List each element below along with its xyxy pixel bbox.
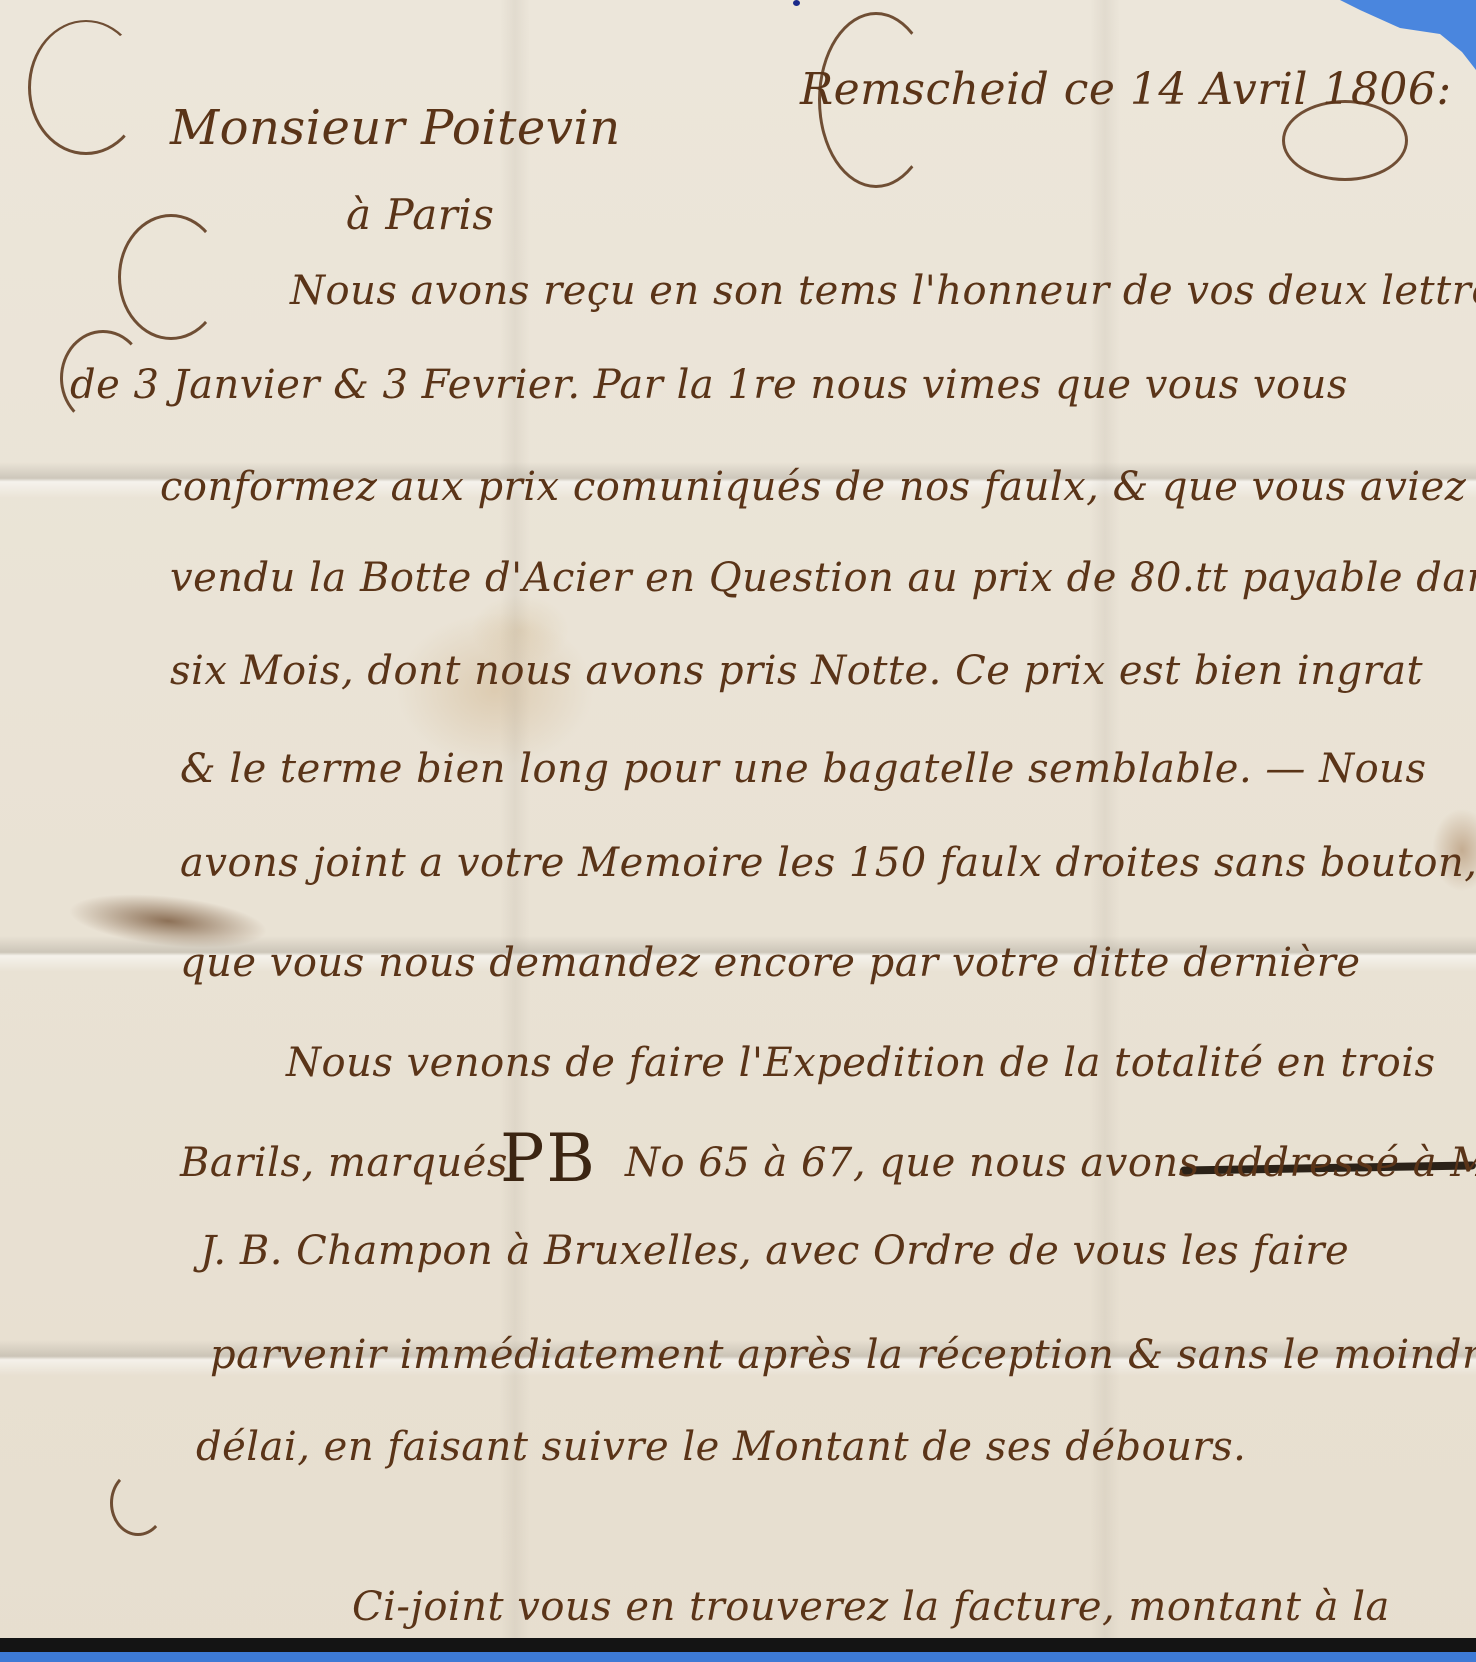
letter-line-5: six Mois, dont nous avons pris Notte. Ce… bbox=[170, 648, 1423, 694]
letter-line-2: de 3 Janvier & 3 Fevrier. Par la 1re nou… bbox=[70, 362, 1348, 408]
barrel-numbers: No 65 à 67, que nous avons addressé à Mo… bbox=[625, 1140, 1476, 1186]
scan-bottom-edge bbox=[0, 1636, 1476, 1652]
letter-line-8: que vous nous demandez encore par votre … bbox=[180, 940, 1361, 986]
barrel-mark: PB bbox=[500, 1120, 597, 1197]
fold-crease-vertical bbox=[500, 0, 530, 1638]
flourish-swirl bbox=[28, 20, 144, 155]
letter-line-3: conformez aux prix comuniqués de nos fau… bbox=[160, 464, 1466, 510]
letter-line-4: vendu la Botte d'Acier en Question au pr… bbox=[170, 555, 1476, 601]
flourish-swirl bbox=[110, 1470, 166, 1536]
letter-line-10: Barils, marqués bbox=[180, 1140, 508, 1186]
recipient-name: Monsieur Poitevin bbox=[170, 100, 621, 156]
letter-line-7: avons joint a votre Memoire les 150 faul… bbox=[180, 840, 1476, 886]
place-date: Remscheid ce 14 Avril 1806: bbox=[800, 64, 1452, 115]
letter-line-11: J. B. Champon à Bruxelles, avec Ordre de… bbox=[200, 1228, 1349, 1274]
letter-page: Monsieur Poitevin à Paris Remscheid ce 1… bbox=[0, 0, 1476, 1638]
letter-line-9: Nous venons de faire l'Expedition de la … bbox=[286, 1040, 1436, 1086]
letter-line-1: Nous avons reçu en son tems l'honneur de… bbox=[290, 268, 1476, 314]
fold-crease-vertical bbox=[1090, 0, 1120, 1638]
ink-dot bbox=[793, 0, 800, 6]
letter-line-12: parvenir immédiatement après la réceptio… bbox=[210, 1332, 1476, 1378]
letter-line-6: & le terme bien long pour une bagatelle … bbox=[180, 746, 1426, 792]
letter-line-13: délai, en faisant suivre le Montant de s… bbox=[196, 1424, 1246, 1470]
recipient-city: à Paris bbox=[346, 190, 494, 239]
letter-line-14: Ci-joint vous en trouverez la facture, m… bbox=[352, 1584, 1390, 1630]
flourish-swirl bbox=[118, 214, 224, 340]
